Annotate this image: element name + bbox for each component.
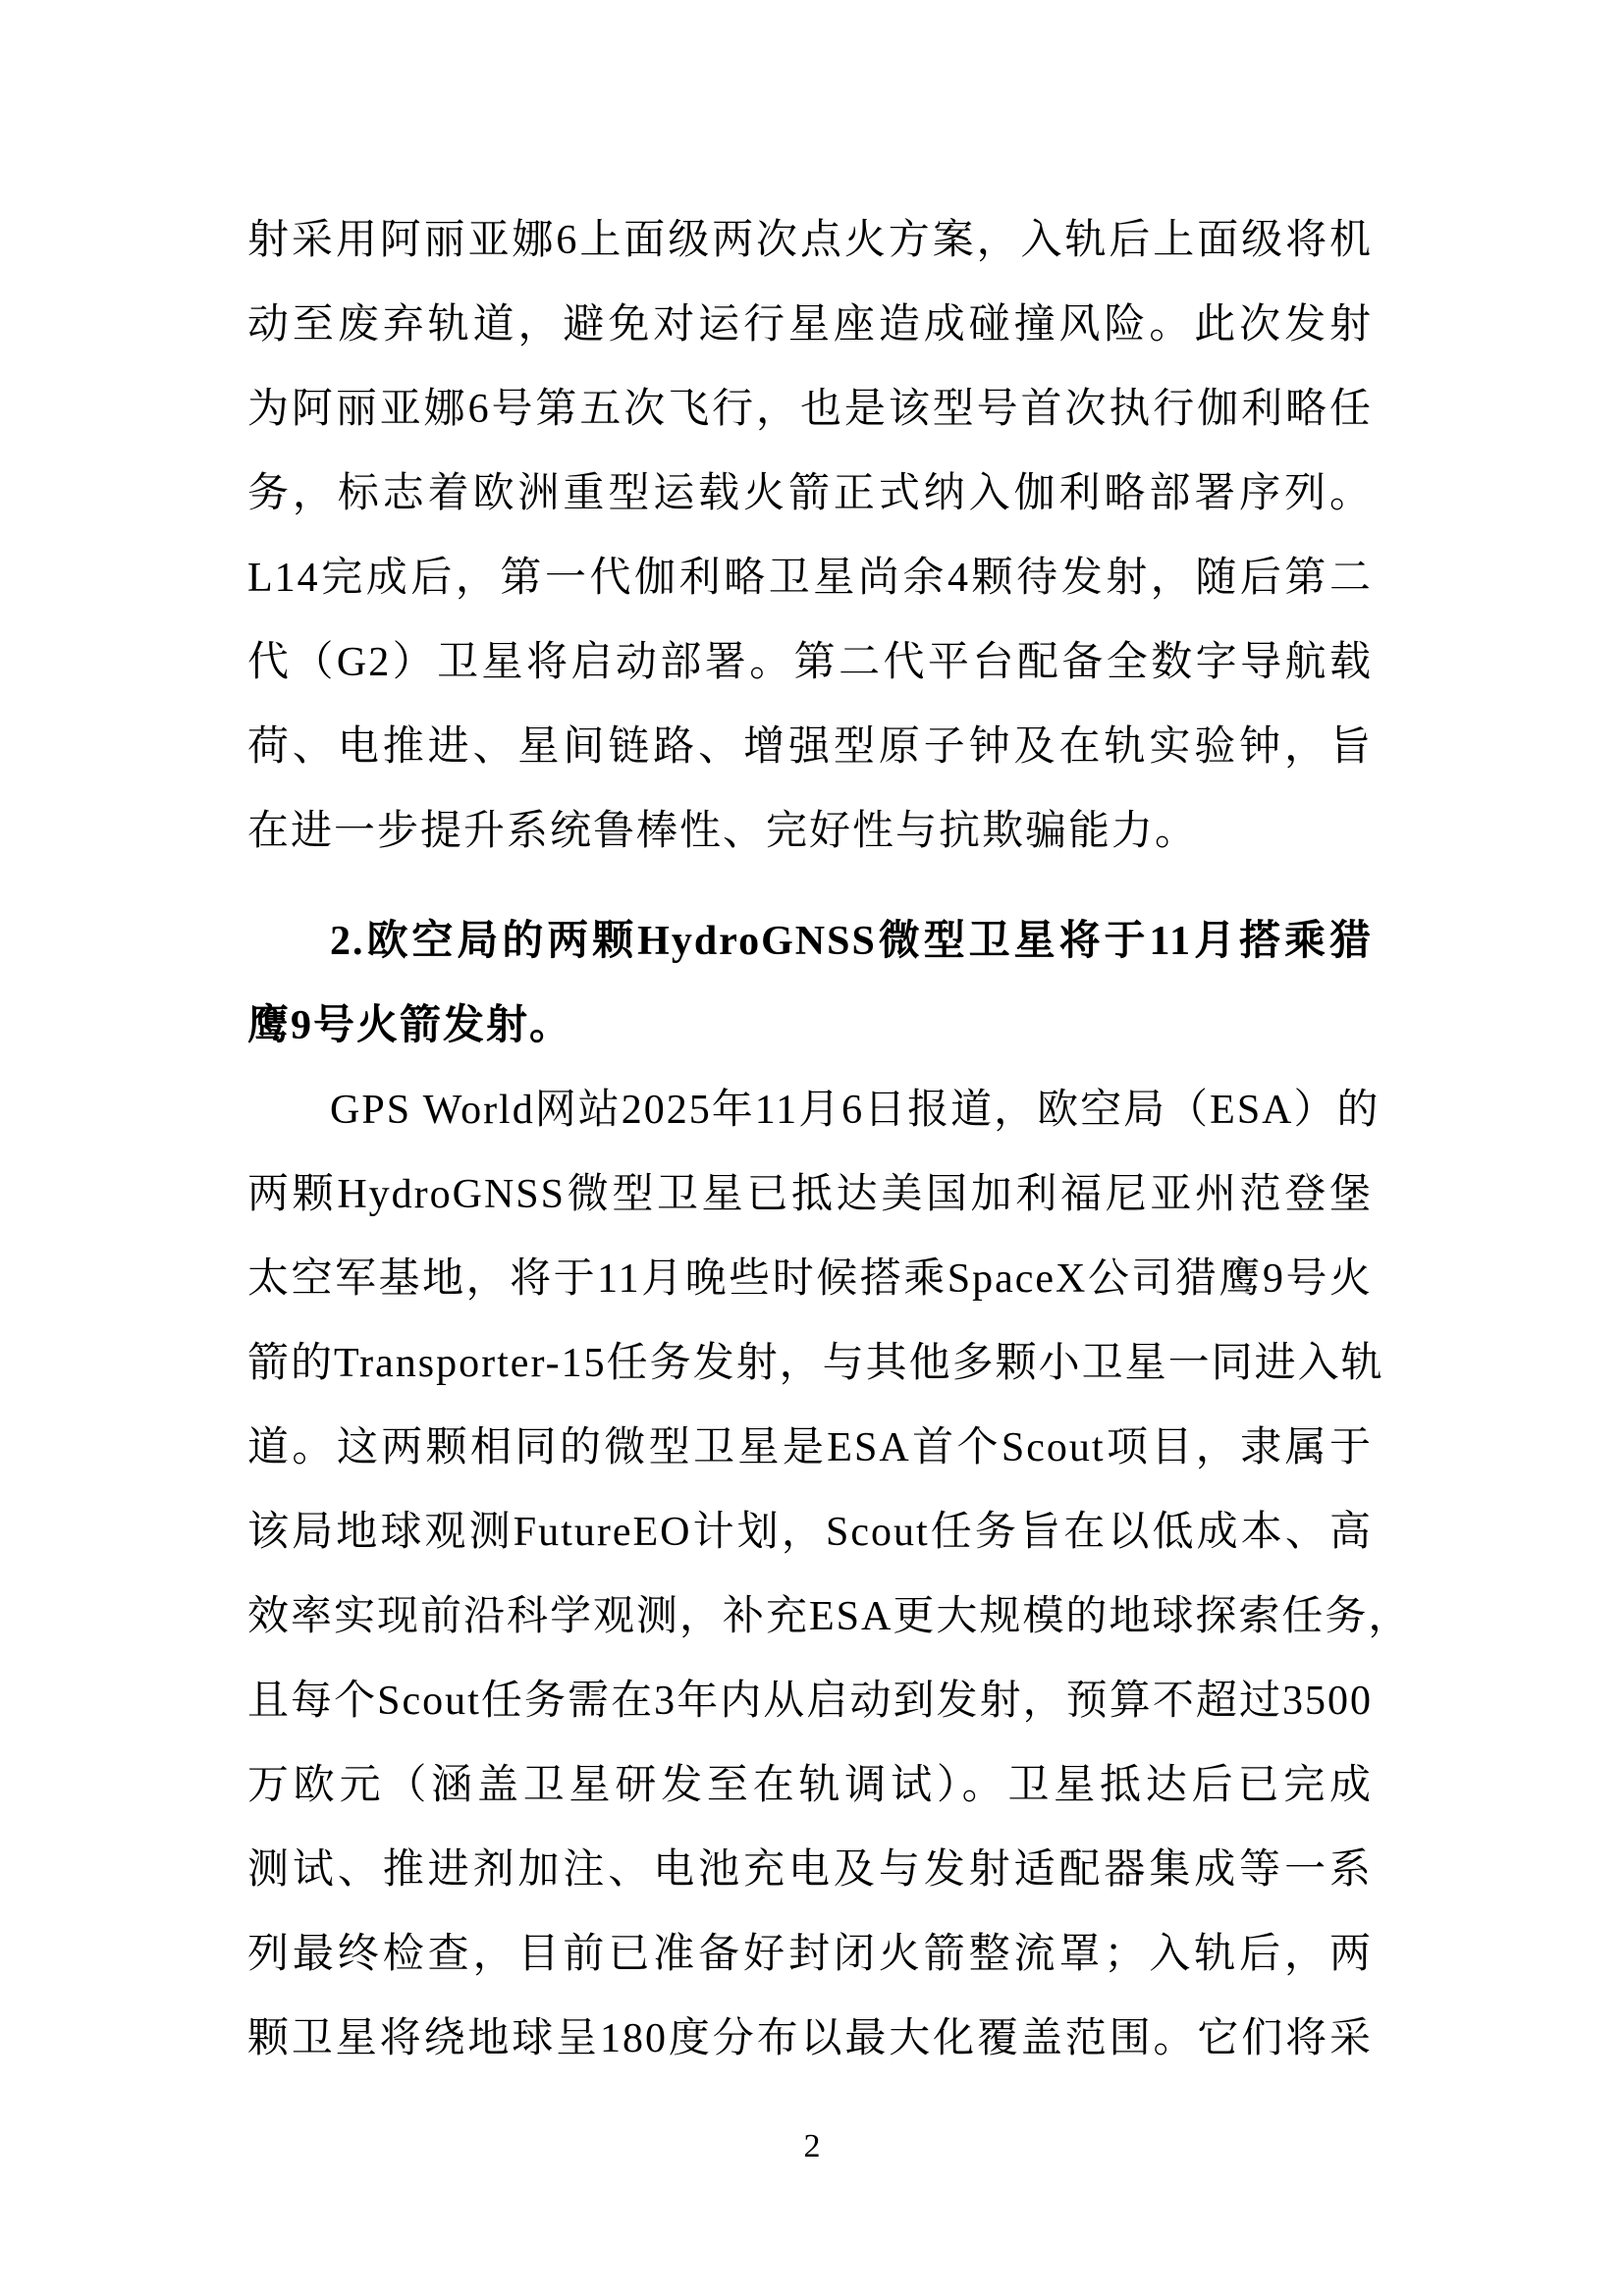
text-line: GPS World网站2025年11月6日报道，欧空局（ESA）的 — [247, 1068, 1373, 1152]
text-line: 该局地球观测FutureEO计划，Scout任务旨在以低成本、高 — [247, 1490, 1373, 1575]
text-line: 万欧元（涵盖卫星研发至在轨调试）。卫星抵达后已完成 — [247, 1743, 1373, 1828]
text-line: 箭的Transporter-15任务发射，与其他多颗小卫星一同进入轨 — [247, 1321, 1373, 1406]
heading-line: 鹰9号火箭发射。 — [247, 984, 1373, 1068]
text-line: 效率实现前沿科学观测，补充ESA更大规模的地球探索任务， — [247, 1575, 1373, 1659]
document-page: 射采用阿丽亚娜6上面级两次点火方案，入轨后上面级将机 动至废弃轨道，避免对运行星… — [0, 0, 1624, 2296]
text-line: 测试、推进剂加注、电池充电及与发射适配器集成等一系 — [247, 1828, 1373, 1912]
text-line: 两颗HydroGNSS微型卫星已抵达美国加利福尼亚州范登堡 — [247, 1152, 1373, 1237]
body-text: 射采用阿丽亚娜6上面级两次点火方案，入轨后上面级将机 动至废弃轨道，避免对运行星… — [247, 198, 1373, 2081]
text-line: 道。这两颗相同的微型卫星是ESA首个Scout项目，隶属于 — [247, 1406, 1373, 1490]
page-number: 2 — [804, 2128, 821, 2164]
section-heading-2: 2.欧空局的两颗HydroGNSS微型卫星将于11月搭乘猎 鹰9号火箭发射。 — [247, 899, 1373, 1068]
paragraph-2: GPS World网站2025年11月6日报道，欧空局（ESA）的 两颗Hydr… — [247, 1068, 1373, 2081]
text-line: 代（G2）卫星将启动部署。第二代平台配备全数字导航载 — [247, 620, 1373, 705]
text-line: 为阿丽亚娜6号第五次飞行，也是该型号首次执行伽利略任 — [247, 367, 1373, 452]
paragraph-1: 射采用阿丽亚娜6上面级两次点火方案，入轨后上面级将机 动至废弃轨道，避免对运行星… — [247, 198, 1373, 874]
text-line: 且每个Scout任务需在3年内从启动到发射，预算不超过3500 — [247, 1659, 1373, 1743]
text-line: 动至废弃轨道，避免对运行星座造成碰撞风险。此次发射 — [247, 283, 1373, 367]
text-line: 太空军基地，将于11月晚些时候搭乘SpaceX公司猎鹰9号火 — [247, 1237, 1373, 1321]
text-line: 列最终检查，目前已准备好封闭火箭整流罩；入轨后，两 — [247, 1912, 1373, 1997]
heading-line: 2.欧空局的两颗HydroGNSS微型卫星将于11月搭乘猎 — [247, 899, 1373, 984]
page-footer: 2 — [0, 2126, 1624, 2167]
text-line: L14完成后，第一代伽利略卫星尚余4颗待发射，随后第二 — [247, 536, 1373, 620]
text-line: 在进一步提升系统鲁棒性、完好性与抗欺骗能力。 — [247, 789, 1373, 874]
text-line: 荷、电推进、星间链路、增强型原子钟及在轨实验钟，旨 — [247, 705, 1373, 789]
text-line: 颗卫星将绕地球呈180度分布以最大化覆盖范围。它们将采 — [247, 1997, 1373, 2081]
text-line: 射采用阿丽亚娜6上面级两次点火方案，入轨后上面级将机 — [247, 198, 1373, 283]
text-line: 务，标志着欧洲重型运载火箭正式纳入伽利略部署序列。 — [247, 452, 1373, 536]
